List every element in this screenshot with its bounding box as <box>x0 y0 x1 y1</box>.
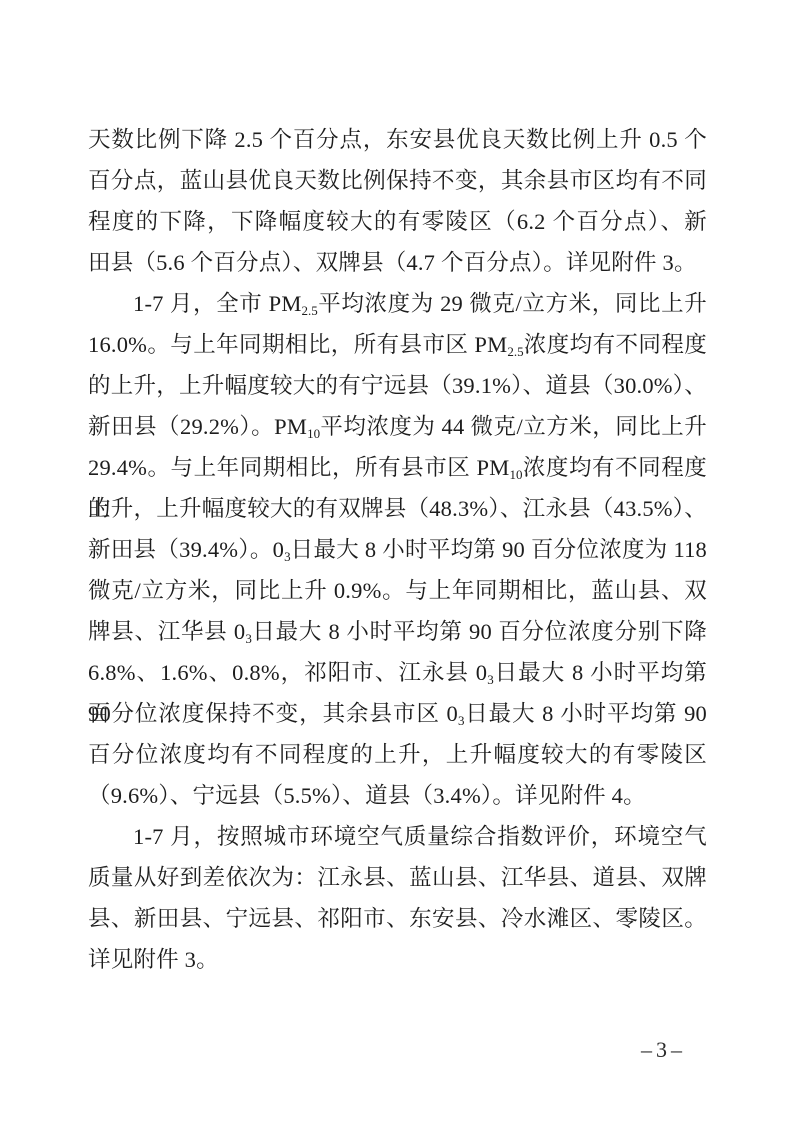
text-segment: 1-7 月，按照城市环境空气质量综合指数评价，环境空气 <box>133 824 707 849</box>
text-segment: 平均浓度为 44 微克/立方米，同比上升 <box>320 414 707 439</box>
text-segment: 牌县、江华县 0 <box>88 619 245 644</box>
text-line: 1-7 月，全市 PM2.5平均浓度为 29 微克/立方米，同比上升 <box>88 283 707 324</box>
subscript-text: 2.5 <box>302 303 318 318</box>
text-segment: 百分位浓度保持不变，其余县市区 0 <box>88 701 458 726</box>
text-segment: 1-7 月，全市 PM <box>133 291 302 316</box>
text-segment: 6.8%、1.6%、0.8%，祁阳市、江永县 0 <box>88 660 487 685</box>
text-segment: 田县（5.6 个百分点）、双牌县（4.7 个百分点）。详见附件 3。 <box>88 250 697 275</box>
text-segment: 的上升，上升幅度较大的有宁远县（39.1%）、道县（30.0%）、 <box>88 373 707 398</box>
text-segment: 日最大 8 小时平均第 90 百分位浓度为 118 <box>291 537 707 562</box>
text-segment: 详见附件 3。 <box>88 947 219 972</box>
text-segment: （9.6%）、宁远县（5.5%）、道县（3.4%）。详见附件 4。 <box>88 783 646 808</box>
text-segment: 微克/立方米，同比上升 0.9%。与上年同期相比，蓝山县、双 <box>88 578 707 603</box>
subscript-text: 2.5 <box>507 344 523 359</box>
text-line: 质量从好到差依次为：江永县、蓝山县、江华县、道县、双牌 <box>88 857 707 898</box>
text-line: 上升，上升幅度较大的有双牌县（48.3%）、江永县（43.5%）、 <box>88 488 707 529</box>
text-segment: 上升，上升幅度较大的有双牌县（48.3%）、江永县（43.5%）、 <box>88 496 707 521</box>
text-line: 详见附件 3。 <box>88 939 707 980</box>
text-segment: 浓度均有不同程度 <box>524 332 707 357</box>
subscript-text: 10 <box>509 467 522 482</box>
text-segment: 天数比例下降 2.5 个百分点，东安县优良天数比例上升 0.5 个 <box>88 127 707 152</box>
text-line: 县、新田县、宁远县、祁阳市、东安县、冷水滩区、零陵区。 <box>88 898 707 939</box>
text-line: 6.8%、1.6%、0.8%，祁阳市、江永县 03日最大 8 小时平均第 90 <box>88 652 707 693</box>
text-segment: 日最大 8 小时平均第 90 <box>464 701 707 726</box>
document-body: 天数比例下降 2.5 个百分点，东安县优良天数比例上升 0.5 个百分点，蓝山县… <box>88 119 707 980</box>
text-line: 百分位浓度保持不变，其余县市区 03日最大 8 小时平均第 90 <box>88 693 707 734</box>
text-segment: 29.4%。与上年同期相比，所有县市区 PM <box>88 455 509 480</box>
text-segment: 程度的下降，下降幅度较大的有零陵区（6.2 个百分点）、新 <box>88 209 707 234</box>
text-line: （9.6%）、宁远县（5.5%）、道县（3.4%）。详见附件 4。 <box>88 775 707 816</box>
text-line: 微克/立方米，同比上升 0.9%。与上年同期相比，蓝山县、双 <box>88 570 707 611</box>
text-line: 16.0%。与上年同期相比，所有县市区 PM2.5浓度均有不同程度 <box>88 324 707 365</box>
text-segment: 县、新田县、宁远县、祁阳市、东安县、冷水滩区、零陵区。 <box>88 906 707 931</box>
text-segment: 新田县（39.4%）。0 <box>88 537 284 562</box>
text-line: 田县（5.6 个百分点）、双牌县（4.7 个百分点）。详见附件 3。 <box>88 242 707 283</box>
text-line: 百分点，蓝山县优良天数比例保持不变，其余县市区均有不同 <box>88 160 707 201</box>
text-segment: 16.0%。与上年同期相比，所有县市区 PM <box>88 332 507 357</box>
text-line: 新田县（39.4%）。03日最大 8 小时平均第 90 百分位浓度为 118 <box>88 529 707 570</box>
text-segment: 质量从好到差依次为：江永县、蓝山县、江华县、道县、双牌 <box>88 865 707 890</box>
text-segment: 日最大 8 小时平均第 90 百分位浓度分别下降 <box>252 619 707 644</box>
text-line: 新田县（29.2%）。PM10平均浓度为 44 微克/立方米，同比上升 <box>88 406 707 447</box>
text-line: 百分位浓度均有不同程度的上升，上升幅度较大的有零陵区 <box>88 734 707 775</box>
text-segment: 百分点，蓝山县优良天数比例保持不变，其余县市区均有不同 <box>88 168 707 193</box>
document-page: 天数比例下降 2.5 个百分点，东安县优良天数比例上升 0.5 个百分点，蓝山县… <box>0 0 793 1122</box>
page-number: –3– <box>641 1037 686 1063</box>
text-line: 29.4%。与上年同期相比，所有县市区 PM10浓度均有不同程度的 <box>88 447 707 488</box>
text-line: 牌县、江华县 03日最大 8 小时平均第 90 百分位浓度分别下降 <box>88 611 707 652</box>
subscript-text: 10 <box>307 426 320 441</box>
text-line: 的上升，上升幅度较大的有宁远县（39.1%）、道县（30.0%）、 <box>88 365 707 406</box>
text-line: 程度的下降，下降幅度较大的有零陵区（6.2 个百分点）、新 <box>88 201 707 242</box>
text-segment: 新田县（29.2%）。PM <box>88 414 307 439</box>
text-segment: 平均浓度为 29 微克/立方米，同比上升 <box>318 291 707 316</box>
text-line: 1-7 月，按照城市环境空气质量综合指数评价，环境空气 <box>88 816 707 857</box>
text-segment: 百分位浓度均有不同程度的上升，上升幅度较大的有零陵区 <box>88 742 707 767</box>
text-line: 天数比例下降 2.5 个百分点，东安县优良天数比例上升 0.5 个 <box>88 119 707 160</box>
